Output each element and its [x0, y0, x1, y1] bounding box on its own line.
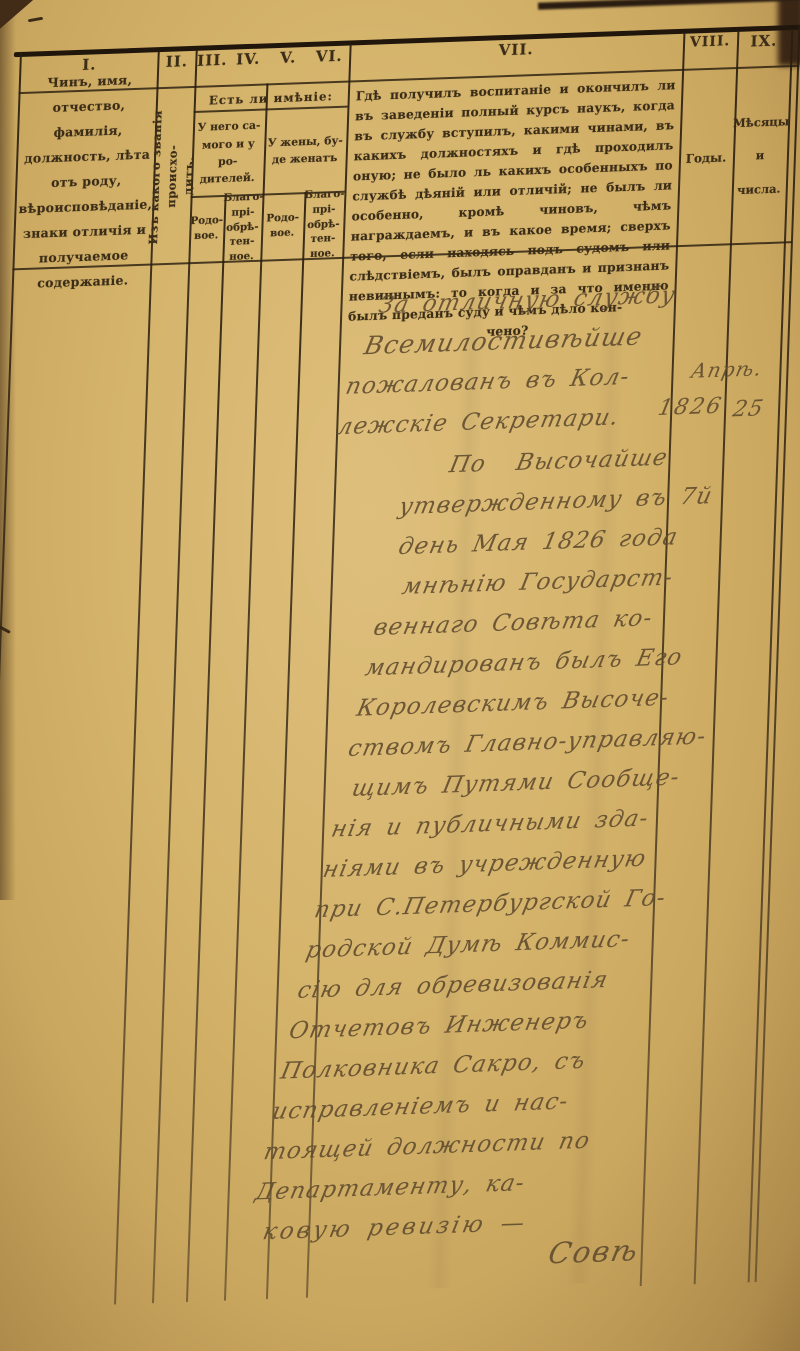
handwritten-day: 25: [731, 396, 767, 422]
pen-mark: [28, 17, 43, 23]
column-numeral-8: VIII.: [683, 33, 738, 51]
header-social-origin: Изъ какого званія происхо- дитъ.: [151, 92, 193, 262]
column-numeral-6: VI.: [309, 46, 350, 65]
column-numeral-3: III.: [195, 51, 230, 70]
column-numeral-2: II.: [158, 52, 196, 71]
header-months-days: Мѣсяцы и числа.: [730, 69, 790, 243]
header-estate-hereditary: Родо- вое.: [189, 197, 223, 260]
header-estate-hereditary: Родо- вое.: [261, 194, 303, 258]
header-estate-acquired: Благо- прі- обрѣ- тен- ное.: [303, 193, 343, 256]
handwritten-entry-promotion: За отличную службуВсемилостивѣйшепожалов…: [333, 275, 679, 447]
column-numeral-5: V.: [267, 48, 310, 67]
header-estate-own: У него са- мого и у ро- дителей.: [192, 111, 265, 196]
grid-vline-3-4: [186, 195, 226, 1302]
header-estate-wife: У жены, бу- де женатъ: [264, 108, 347, 193]
adjacent-page-edge: [538, 0, 800, 10]
archival-page-photo: I. II. III. IV. V. VI. VII. VIII. IX. Чи…: [0, 0, 800, 1351]
column-numeral-4: IV.: [229, 49, 268, 68]
grid-vline-4-5: [224, 83, 268, 1300]
header-estate-acquired: Благо- прі- обрѣ- тен- ное.: [223, 196, 261, 259]
header-rank-name: Чинъ, имя, отчество, фамилія, должность,…: [21, 97, 153, 264]
column-numeral-9: IX.: [737, 31, 792, 51]
handwritten-month: Апрѣ.: [689, 356, 765, 383]
handwritten-year: 1826: [656, 394, 725, 421]
header-years: Годы.: [676, 71, 736, 245]
handwritten-catchword: Совѣ: [545, 1233, 642, 1270]
form-table: I. II. III. IV. V. VI. VII. VIII. IX. Чи…: [0, 24, 800, 1309]
